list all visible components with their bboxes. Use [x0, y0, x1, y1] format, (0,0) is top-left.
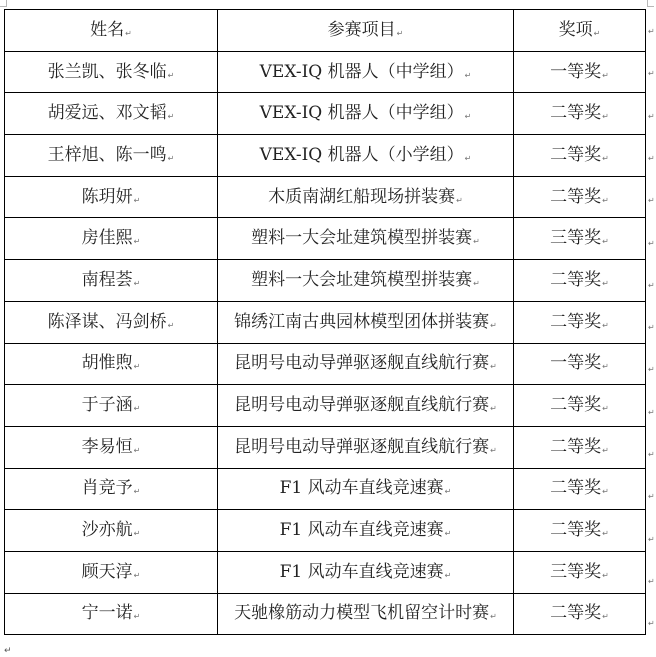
cell-award[interactable]: 二等奖↵	[514, 301, 646, 343]
header-award[interactable]: 奖项↵	[514, 10, 646, 52]
cell-event[interactable]: VEX-IQ 机器人（中学组）↵	[218, 93, 514, 135]
table-row: 陈泽谋、冯剑桥↵锦绣江南古典园林模型团体拼装赛↵二等奖↵	[5, 301, 646, 343]
cell-award[interactable]: 二等奖↵	[514, 260, 646, 302]
paragraph-mark-icon: ↵	[134, 404, 141, 413]
cell-name[interactable]: 顾天淳↵	[5, 551, 218, 593]
table-row: 宁一诺↵天驰橡筋动力模型飞机留空计时赛↵二等奖↵	[5, 593, 646, 635]
cell-name[interactable]: 于子涵↵	[5, 385, 218, 427]
cell-award[interactable]: 二等奖↵	[514, 593, 646, 635]
cell-name[interactable]: 胡爱远、邓文韬↵	[5, 93, 218, 135]
row-end-mark-icon: ↵	[648, 69, 655, 78]
row-end-mark-icon: ↵	[648, 619, 655, 628]
row-end-mark-icon: ↵	[648, 323, 655, 332]
paragraph-mark-icon: ↵	[456, 196, 463, 205]
paragraph-mark-icon: ↵	[134, 571, 141, 580]
cell-award[interactable]: 三等奖↵	[514, 218, 646, 260]
cell-name[interactable]: 南程荟↵	[5, 260, 218, 302]
cell-award[interactable]: 二等奖↵	[514, 93, 646, 135]
cell-event[interactable]: VEX-IQ 机器人（小学组）↵	[218, 135, 514, 177]
cell-award[interactable]: 二等奖↵	[514, 385, 646, 427]
paragraph-mark-icon: ↵	[602, 487, 609, 496]
paragraph-mark-icon: ↵	[602, 196, 609, 205]
paragraph-mark-icon: ↵	[602, 112, 609, 121]
paragraph-mark-icon: ↵	[602, 154, 609, 163]
paragraph-mark-icon: ↵	[134, 237, 141, 246]
paragraph-mark-icon: ↵	[445, 529, 452, 538]
cell-award[interactable]: 二等奖↵	[514, 468, 646, 510]
paragraph-mark-icon: ↵	[602, 571, 609, 580]
paragraph-mark-icon: ↵	[490, 321, 497, 330]
cell-event[interactable]: F1 风动车直线竞速赛↵	[218, 551, 514, 593]
row-end-mark-icon: ↵	[648, 535, 655, 544]
cell-award[interactable]: 一等奖↵	[514, 343, 646, 385]
paragraph-mark-icon: ↵	[473, 279, 480, 288]
paragraph-mark-icon: ↵	[445, 487, 452, 496]
row-end-mark-icon: ↵	[648, 450, 655, 459]
paragraph-mark-icon: ↵	[168, 112, 175, 121]
end-of-document-mark: ↵	[4, 646, 12, 656]
cell-name[interactable]: 沙亦航↵	[5, 510, 218, 552]
cell-award[interactable]: 二等奖↵	[514, 135, 646, 177]
row-end-mark-icon: ↵	[648, 27, 655, 36]
cell-award[interactable]: 一等奖↵	[514, 51, 646, 93]
row-end-mark-icon: ↵	[648, 365, 655, 374]
cell-name[interactable]: 肖竞予↵	[5, 468, 218, 510]
paragraph-mark-icon: ↵	[473, 237, 480, 246]
paragraph-mark-icon: ↵	[134, 196, 141, 205]
header-event[interactable]: 参赛项目↵	[218, 10, 514, 52]
table-row: 沙亦航↵F1 风动车直线竞速赛↵二等奖↵	[5, 510, 646, 552]
paragraph-mark-icon: ↵	[490, 612, 497, 621]
paragraph-mark-icon: ↵	[602, 404, 609, 413]
paragraph-mark-icon: ↵	[602, 529, 609, 538]
table-row: 顾天淳↵F1 风动车直线竞速赛↵三等奖↵	[5, 551, 646, 593]
paragraph-mark-icon: ↵	[134, 529, 141, 538]
table-row: 于子涵↵昆明号电动导弹驱逐舰直线航行赛↵二等奖↵	[5, 385, 646, 427]
row-end-mark-icon: ↵	[648, 154, 655, 163]
paragraph-mark-icon: ↵	[465, 71, 472, 80]
paragraph-mark-icon: ↵	[134, 279, 141, 288]
table-row: 胡惟煦↵昆明号电动导弹驱逐舰直线航行赛↵一等奖↵	[5, 343, 646, 385]
paragraph-mark-icon: ↵	[602, 71, 609, 80]
row-end-mark-icon: ↵	[648, 112, 655, 121]
paragraph-mark-icon: ↵	[445, 571, 452, 580]
row-end-mark-icon: ↵	[648, 408, 655, 417]
page-corner-mark	[647, 0, 654, 7]
table-row: 胡爱远、邓文韬↵VEX-IQ 机器人（中学组）↵二等奖↵	[5, 93, 646, 135]
paragraph-mark-icon: ↵	[134, 487, 141, 496]
cell-name[interactable]: 陈泽谋、冯剑桥↵	[5, 301, 218, 343]
paragraph-mark-icon: ↵	[602, 321, 609, 330]
header-row: 姓名↵ 参赛项目↵ 奖项↵	[5, 10, 646, 52]
cell-event[interactable]: F1 风动车直线竞速赛↵	[218, 468, 514, 510]
cell-event[interactable]: 塑料一大会址建筑模型拼装赛↵	[218, 260, 514, 302]
paragraph-mark-icon: ↵	[602, 279, 609, 288]
cell-name[interactable]: 胡惟煦↵	[5, 343, 218, 385]
paragraph-mark-icon: ↵	[490, 404, 497, 413]
paragraph-mark-icon: ↵	[602, 237, 609, 246]
paragraph-mark-icon: ↵	[397, 29, 404, 38]
row-end-mark-icon: ↵	[648, 196, 655, 205]
header-name[interactable]: 姓名↵	[5, 10, 218, 52]
paragraph-mark-icon: ↵	[168, 154, 175, 163]
cell-name[interactable]: 宁一诺↵	[5, 593, 218, 635]
paragraph-mark-icon: ↵	[168, 71, 175, 80]
cell-award[interactable]: 二等奖↵	[514, 510, 646, 552]
table-row: 李易恒↵昆明号电动导弹驱逐舰直线航行赛↵二等奖↵	[5, 426, 646, 468]
table-row: 陈玥妍↵木质南湖红船现场拼装赛↵二等奖↵	[5, 176, 646, 218]
paragraph-mark-icon: ↵	[465, 154, 472, 163]
page-corner-mark	[0, 0, 7, 7]
paragraph-mark-icon: ↵	[465, 112, 472, 121]
paragraph-mark-icon: ↵	[134, 612, 141, 621]
cell-event[interactable]: 昆明号电动导弹驱逐舰直线航行赛↵	[218, 385, 514, 427]
cell-name[interactable]: 房佳熙↵	[5, 218, 218, 260]
cell-award[interactable]: 二等奖↵	[514, 176, 646, 218]
cell-award[interactable]: 二等奖↵	[514, 426, 646, 468]
cell-name[interactable]: 李易恒↵	[5, 426, 218, 468]
paragraph-mark-icon: ↵	[490, 446, 497, 455]
cell-event[interactable]: 塑料一大会址建筑模型拼装赛↵	[218, 218, 514, 260]
table-row: 王梓旭、陈一鸣↵VEX-IQ 机器人（小学组）↵二等奖↵	[5, 135, 646, 177]
table-row: 张兰凯、张冬临↵VEX-IQ 机器人（中学组）↵一等奖↵	[5, 51, 646, 93]
cell-name[interactable]: 张兰凯、张冬临↵	[5, 51, 218, 93]
paragraph-mark-icon: ↵	[125, 29, 132, 38]
row-end-mark-icon: ↵	[648, 492, 655, 501]
table-row: 肖竞予↵F1 风动车直线竞速赛↵二等奖↵	[5, 468, 646, 510]
paragraph-mark-icon: ↵	[594, 29, 601, 38]
awards-table: 姓名↵ 参赛项目↵ 奖项↵ 张兰凯、张冬临↵VEX-IQ 机器人（中学组）↵一等…	[4, 9, 646, 635]
paragraph-mark-icon: ↵	[168, 321, 175, 330]
paragraph-mark-icon: ↵	[134, 446, 141, 455]
cell-event[interactable]: 天驰橡筋动力模型飞机留空计时赛↵	[218, 593, 514, 635]
cell-event[interactable]: F1 风动车直线竞速赛↵	[218, 510, 514, 552]
cell-event[interactable]: 昆明号电动导弹驱逐舰直线航行赛↵	[218, 343, 514, 385]
cell-event[interactable]: VEX-IQ 机器人（中学组）↵	[218, 51, 514, 93]
paragraph-mark-icon: ↵	[490, 362, 497, 371]
row-end-mark-icon: ↵	[648, 577, 655, 586]
cell-award[interactable]: 三等奖↵	[514, 551, 646, 593]
cell-event[interactable]: 昆明号电动导弹驱逐舰直线航行赛↵	[218, 426, 514, 468]
paragraph-mark-icon: ↵	[602, 446, 609, 455]
table-row: 房佳熙↵塑料一大会址建筑模型拼装赛↵三等奖↵	[5, 218, 646, 260]
paragraph-mark-icon: ↵	[602, 612, 609, 621]
cell-name[interactable]: 王梓旭、陈一鸣↵	[5, 135, 218, 177]
cell-name[interactable]: 陈玥妍↵	[5, 176, 218, 218]
row-end-mark-icon: ↵	[648, 239, 655, 248]
paragraph-mark-icon: ↵	[134, 362, 141, 371]
paragraph-mark-icon: ↵	[602, 362, 609, 371]
cell-event[interactable]: 锦绣江南古典园林模型团体拼装赛↵	[218, 301, 514, 343]
cell-event[interactable]: 木质南湖红船现场拼装赛↵	[218, 176, 514, 218]
table-row: 南程荟↵塑料一大会址建筑模型拼装赛↵二等奖↵	[5, 260, 646, 302]
row-end-mark-icon: ↵	[648, 281, 655, 290]
